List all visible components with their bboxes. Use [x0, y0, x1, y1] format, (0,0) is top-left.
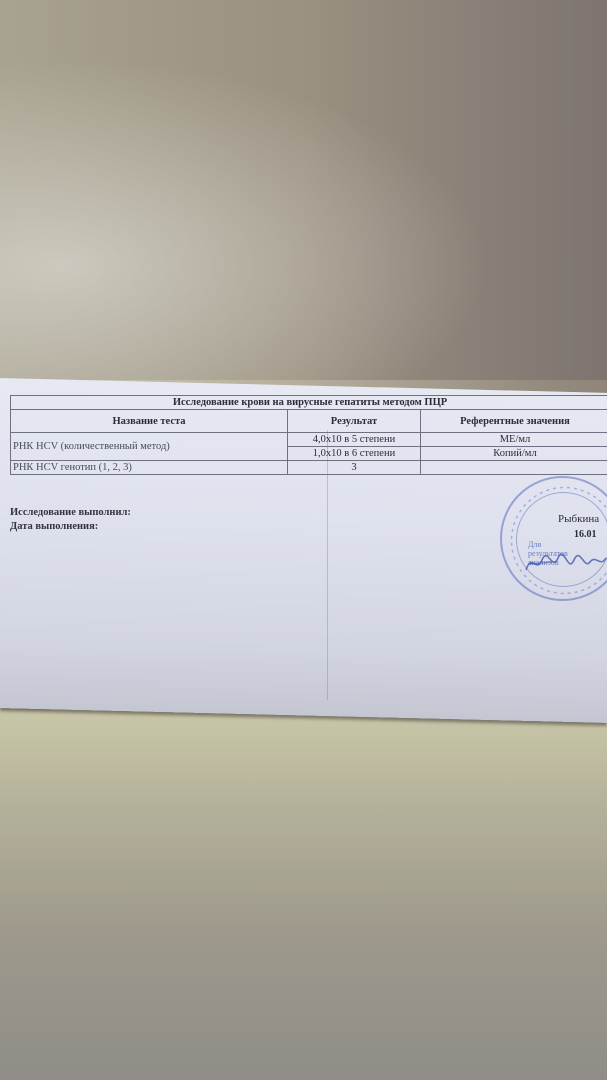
header-reference: Референтные значения	[421, 410, 607, 433]
background-surface-bottom	[0, 710, 607, 1080]
stamp-name: Рыбкина	[558, 513, 599, 525]
signoff-block: Исследование выполнил: Дата выполнения:	[10, 506, 131, 534]
table-header-row: Название теста Результат Референтные зна…	[11, 410, 607, 433]
table-title-row: Исследование крови на вирусные гепатиты …	[11, 396, 607, 410]
stamp-date: 16.01	[574, 529, 597, 540]
background-surface-top	[0, 0, 607, 380]
table-row: РНК HCV генотип (1, 2, 3) 3	[11, 461, 607, 475]
result-cell: 3	[288, 461, 421, 475]
results-table: Исследование крови на вирусные гепатиты …	[10, 395, 607, 475]
signature-icon	[522, 548, 607, 578]
table-row: РНК HCV (количественный метод) 4,0x10 в …	[11, 433, 607, 447]
reference-cell	[421, 461, 607, 475]
result-cell: 1,0x10 в 6 степени	[288, 447, 421, 461]
header-test-name: Название теста	[11, 410, 288, 433]
reference-cell: Копий/мл	[421, 447, 607, 461]
header-result: Результат	[288, 410, 421, 433]
performed-by-label: Исследование выполнил:	[10, 506, 131, 520]
date-label: Дата выполнения:	[10, 520, 131, 534]
result-cell: 4,0x10 в 5 степени	[288, 433, 421, 447]
test-name-cell: РНК HCV генотип (1, 2, 3)	[11, 461, 288, 475]
test-name-cell: РНК HCV (количественный метод)	[11, 433, 288, 461]
table-title: Исследование крови на вирусные гепатиты …	[11, 396, 607, 410]
reference-cell: МЕ/мл	[421, 433, 607, 447]
